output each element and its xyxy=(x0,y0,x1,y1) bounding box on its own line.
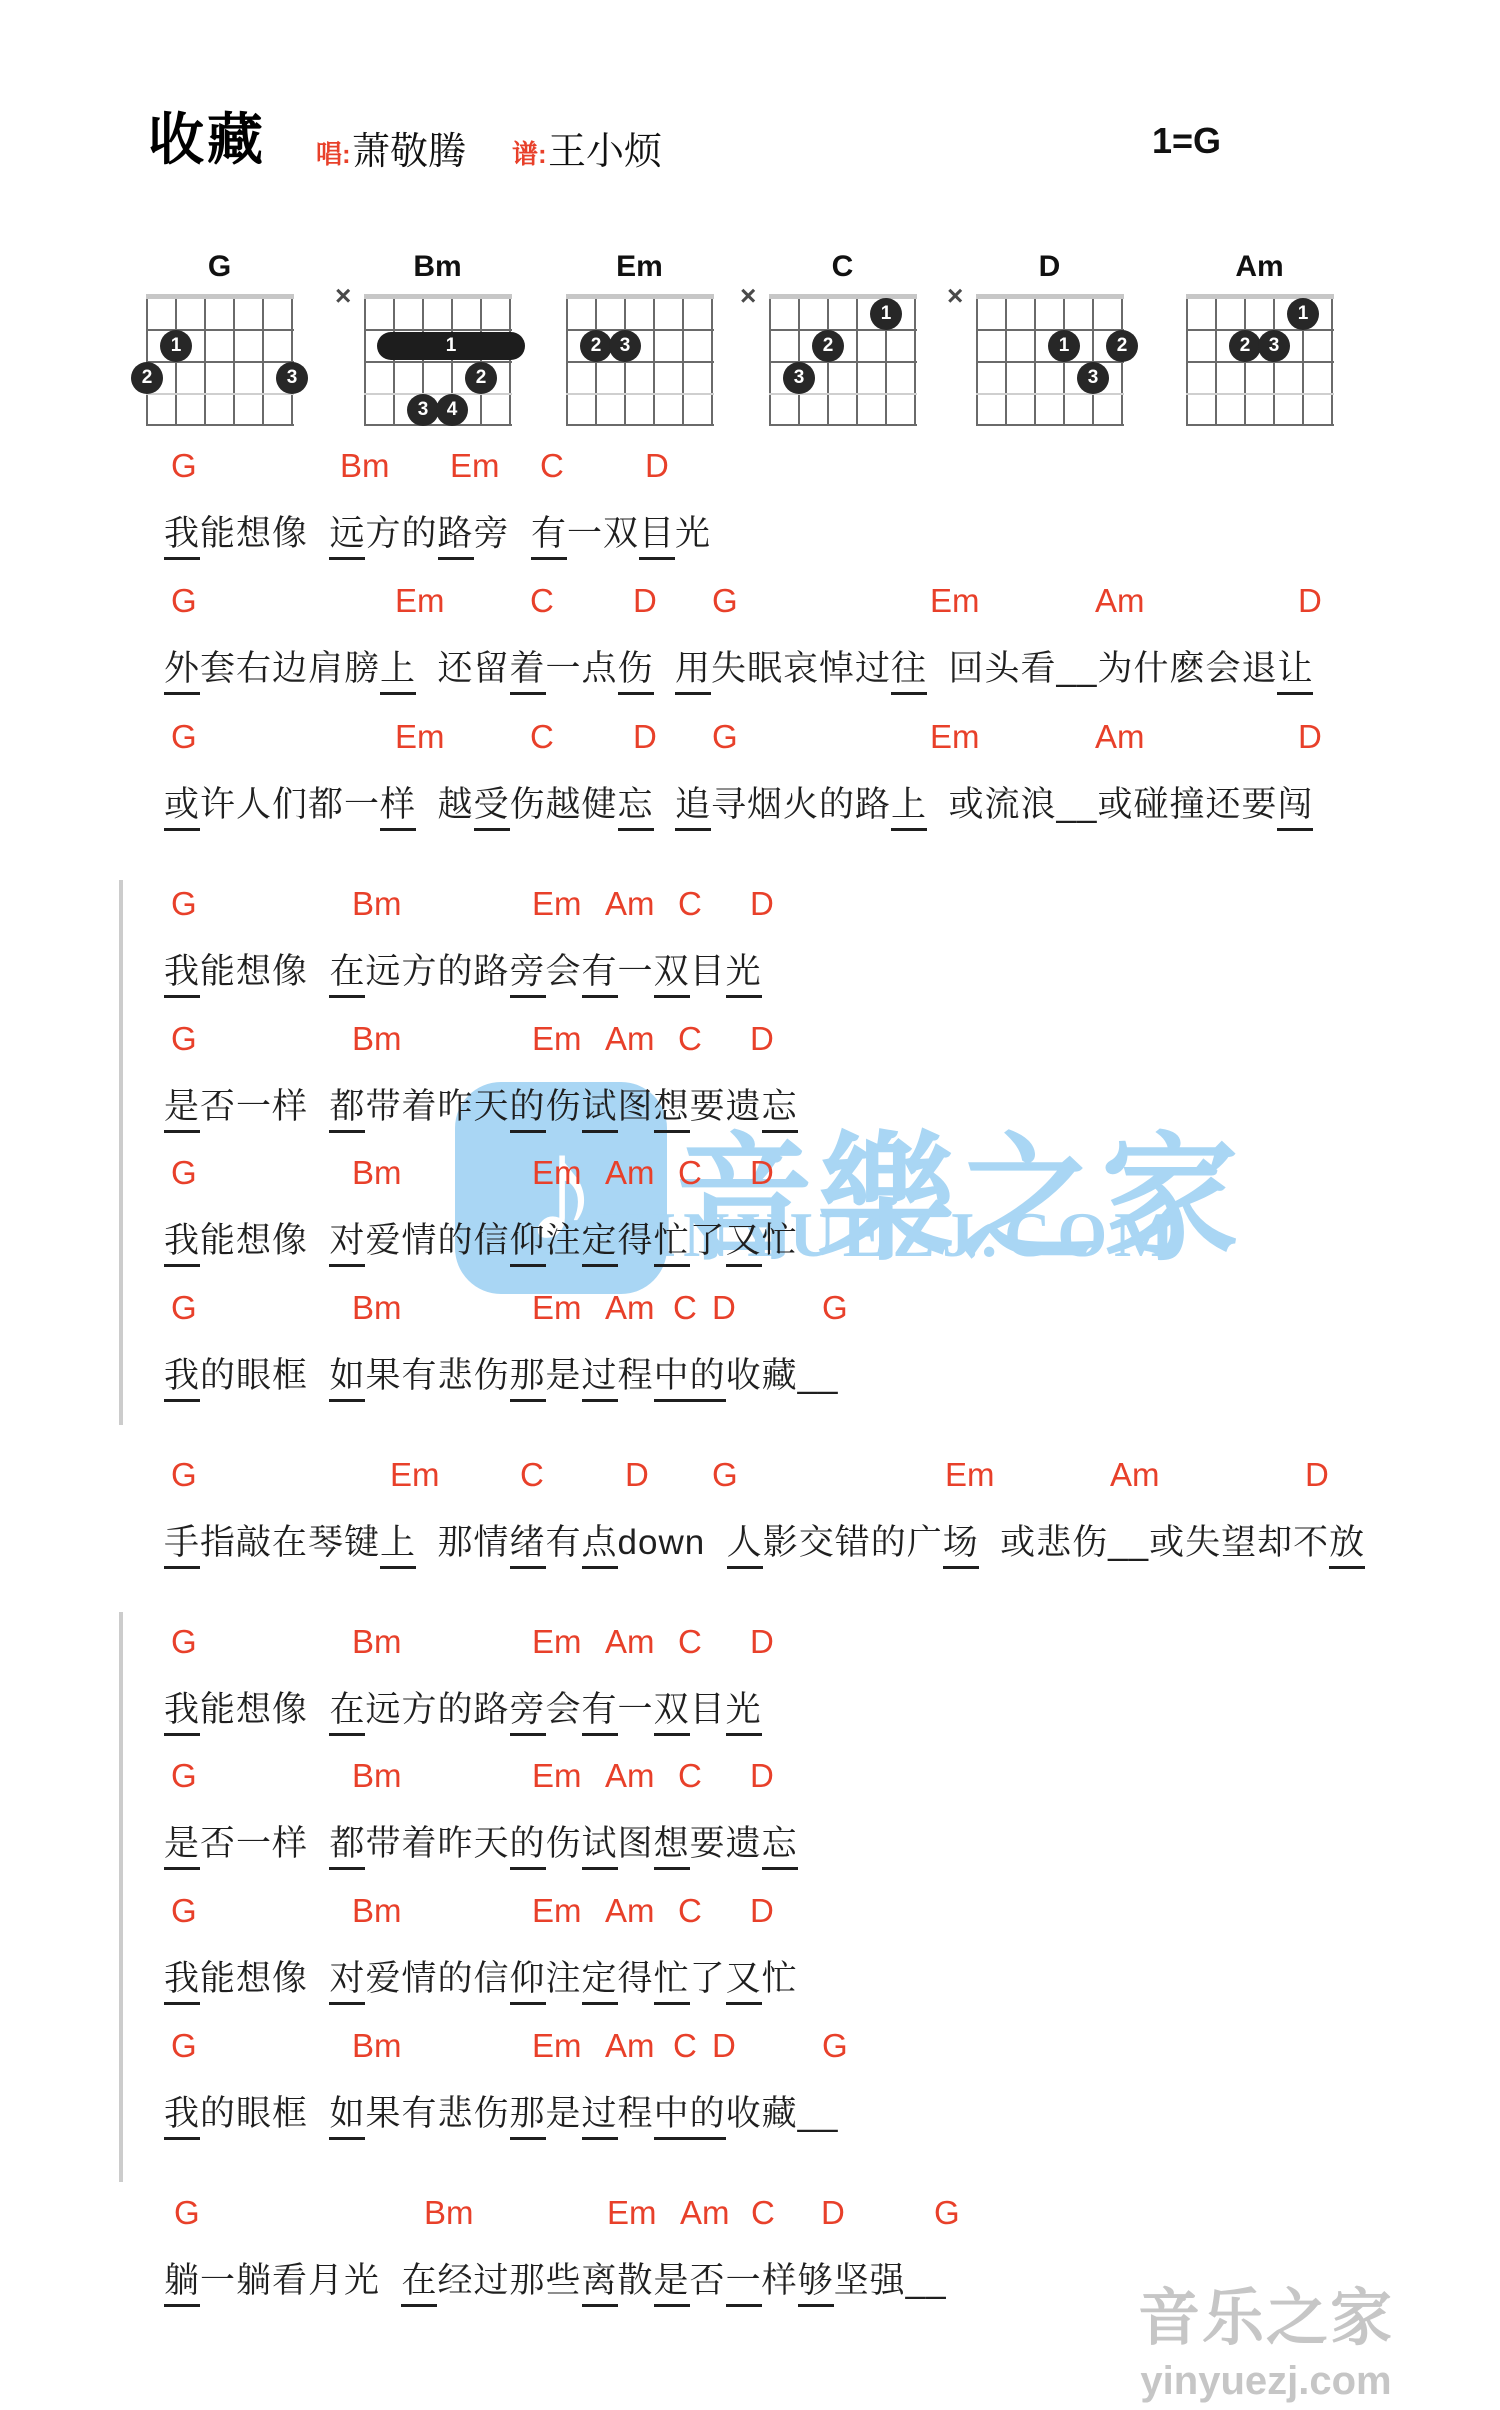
lyric-line: 是否一样 都带着昨天的伤试图想要遗忘 xyxy=(164,1816,798,1866)
lyric-segment-underlined: 是 xyxy=(164,1824,200,1870)
lyric-segment-underlined: 在 xyxy=(329,952,365,998)
lyric-segment-underlined: 有 xyxy=(582,952,618,998)
lyric-segment: 伤 xyxy=(546,1824,582,1863)
lyric-segment-underlined: 中的 xyxy=(654,1356,726,1402)
lyric-segment-underlined: 是 xyxy=(654,2261,690,2307)
chord-diagram-bm: Bm×1234 xyxy=(365,298,510,426)
chord-label: C xyxy=(540,447,564,485)
key-signature: 1=G xyxy=(1152,120,1221,162)
chord-label: Bm xyxy=(352,1289,402,1327)
fret-line xyxy=(364,424,512,426)
chord-diagram-name: Em xyxy=(557,250,722,284)
lyric-segment: 能想像 xyxy=(200,1959,329,1998)
mute-icon: × xyxy=(947,280,963,312)
finger-dot: 3 xyxy=(407,394,439,426)
lyric-segment-underlined: 离 xyxy=(582,2261,618,2307)
chord-label: D xyxy=(645,447,669,485)
lyric-segment: 回头看 xyxy=(927,649,1056,688)
lyric-segment: 了 xyxy=(690,1221,726,1260)
lyric-segment: 注 xyxy=(546,1221,582,1260)
chord-label: C xyxy=(520,1456,544,1494)
lyric-segment: 能想像 xyxy=(200,514,329,553)
chord-label: Em xyxy=(532,885,582,923)
lyric-segment-underlined: 过 xyxy=(582,2094,618,2140)
lyric-segment-underlined: 我 xyxy=(164,1221,200,1267)
lyric-segment-underlined: 光 xyxy=(726,1690,762,1736)
arranger-name: 王小烦 xyxy=(548,120,662,175)
lyric-segment: 果有悲伤 xyxy=(365,1356,509,1395)
lyric-segment-underlined: 上 xyxy=(380,649,416,695)
lyric-segment-underlined: 旁 xyxy=(510,952,546,998)
fret-line xyxy=(566,393,714,395)
lyric-segment: 收藏 xyxy=(726,1356,798,1395)
finger-dot: 2 xyxy=(465,362,497,394)
fret-line xyxy=(364,393,512,395)
fret-line xyxy=(769,424,917,426)
finger-dot: 2 xyxy=(131,362,163,394)
chord-label: Em xyxy=(607,2194,657,2232)
chord-label: C xyxy=(751,2194,775,2232)
watermark-corner: 音乐之家 yinyuezj.com xyxy=(1138,2268,1394,2404)
lyric-segment-underlined: 那 xyxy=(510,1356,546,1402)
lyric-line: 我能想像 在远方的路旁会有一双目光 xyxy=(164,944,762,994)
lyric-segment-underlined: 有 xyxy=(582,1690,618,1736)
lyric-segment-underlined: 追 xyxy=(675,785,711,831)
fret-line xyxy=(1186,361,1334,363)
lyric-segment: 否一样 xyxy=(200,1824,329,1863)
lyric-segment-underlined: 样 xyxy=(380,785,416,831)
lyric-segment-underlined: 或 xyxy=(164,785,200,831)
chord-label: D xyxy=(750,1020,774,1058)
lyric-segment-underlined: 定 xyxy=(582,1221,618,1267)
lyric-segment: __ xyxy=(1057,649,1098,688)
finger-dot: 3 xyxy=(609,330,641,362)
lyric-segment-underlined: 都 xyxy=(329,1087,365,1133)
chord-diagram-name: Am xyxy=(1177,250,1342,284)
chord-label: Bm xyxy=(340,447,390,485)
lyric-segment-underlined: 伤 xyxy=(618,649,654,695)
lyric-segment: 或悲伤 xyxy=(979,1523,1108,1562)
lyric-line: 我能想像 远方的路旁 有一双目光 xyxy=(164,506,711,556)
lyric-segment: 程 xyxy=(618,1356,654,1395)
chord-label: Em xyxy=(450,447,500,485)
chord-label: C xyxy=(678,1623,702,1661)
lyric-segment-underlined: 仰 xyxy=(510,1221,546,1267)
chord-label: Am xyxy=(605,1623,655,1661)
chord-label: D xyxy=(750,1892,774,1930)
lyric-segment-underlined: 都 xyxy=(329,1824,365,1870)
chord-label: D xyxy=(750,1154,774,1192)
lyric-segment-underlined: 中的 xyxy=(654,2094,726,2140)
fret-line xyxy=(566,424,714,426)
chord-label: Em xyxy=(930,582,980,620)
lyric-segment: 一躺看月光 xyxy=(200,2261,401,2300)
chord-label: Am xyxy=(605,1289,655,1327)
lyric-segment: 伤 xyxy=(546,1087,582,1126)
lyric-segment: 否一样 xyxy=(200,1087,329,1126)
chord-label: Bm xyxy=(352,1623,402,1661)
fret-line xyxy=(769,393,917,395)
lyric-segment-underlined: 远 xyxy=(329,514,365,560)
lyric-segment: 忙 xyxy=(762,1221,798,1260)
lyric-segment-underlined: 如 xyxy=(329,1356,365,1402)
chord-label: Em xyxy=(532,1020,582,1058)
barre-bar: 1 xyxy=(377,332,525,360)
lyric-segment: 能想像 xyxy=(200,952,329,991)
lyric-segment: 图 xyxy=(618,1087,654,1126)
lyric-segment-underlined: 一 xyxy=(726,2261,762,2307)
lyric-segment-underlined: 双 xyxy=(654,952,690,998)
lyric-segment: 一 xyxy=(618,1690,654,1729)
chord-label: Em xyxy=(532,2027,582,2065)
lyric-segment-underlined: 外 xyxy=(164,649,200,695)
section-bar xyxy=(119,1612,123,2182)
lyric-segment: 还留 xyxy=(416,649,509,688)
vocal-name: 萧敬腾 xyxy=(352,120,466,175)
lyric-line: 我的眼框 如果有悲伤那是过程中的收藏__ xyxy=(164,1348,839,1398)
lyric-segment: 爱情的信 xyxy=(365,1959,509,1998)
chord-label: Em xyxy=(390,1456,440,1494)
lyric-segment: down xyxy=(618,1523,727,1562)
lyric-line: 我能想像 对爱情的信仰注定得忙了又忙 xyxy=(164,1951,798,2001)
chord-diagram-am: Am123 xyxy=(1187,298,1332,426)
lyric-segment: 是 xyxy=(546,2094,582,2133)
lyric-segment-underlined: 旁 xyxy=(510,1690,546,1736)
lyric-segment-underlined: 受 xyxy=(474,785,510,831)
chord-label: Em xyxy=(532,1623,582,1661)
chord-label: D xyxy=(750,885,774,923)
lyric-segment: 许人们都一 xyxy=(200,785,380,824)
lyric-segment: 指敲在琴键 xyxy=(200,1523,380,1562)
lyric-segment: 的眼框 xyxy=(200,2094,329,2133)
chord-label: Bm xyxy=(352,885,402,923)
lyric-line: 躺一躺看月光 在经过那些离散是否一样够坚强__ xyxy=(164,2253,947,2303)
finger-dot: 2 xyxy=(812,330,844,362)
lyric-segment: 套右边肩膀 xyxy=(200,649,380,688)
lyric-segment-underlined: 够 xyxy=(798,2261,834,2307)
fret-line xyxy=(364,361,512,363)
lyric-segment: __ xyxy=(1057,785,1098,824)
finger-dot: 1 xyxy=(1287,298,1319,330)
chord-label: D xyxy=(1298,718,1322,756)
lyric-segment-underlined: 过 xyxy=(582,1356,618,1402)
chord-label: G xyxy=(171,1456,197,1494)
chord-label: G xyxy=(171,1892,197,1930)
fret-line xyxy=(1186,424,1334,426)
lyric-segment: 会 xyxy=(546,952,582,991)
chord-label: G xyxy=(171,1020,197,1058)
lyric-segment-underlined: 忘 xyxy=(762,1824,798,1870)
nut-line xyxy=(146,294,294,299)
lyric-segment-underlined: 我 xyxy=(164,1356,200,1402)
chord-diagram-name: Bm xyxy=(355,250,520,284)
lyric-segment: 远方的路 xyxy=(365,1690,509,1729)
lyric-segment-underlined: 仰 xyxy=(510,1959,546,2005)
fret-line xyxy=(146,361,294,363)
chord-label: G xyxy=(712,582,738,620)
lyric-segment: 失眠哀悼过 xyxy=(711,649,891,688)
chord-label: D xyxy=(625,1456,649,1494)
chord-label: Am xyxy=(605,2027,655,2065)
lyric-segment-underlined: 在 xyxy=(401,2261,437,2307)
lyric-segment-underlined: 双 xyxy=(654,1690,690,1736)
lyric-segment-underlined: 点 xyxy=(582,1523,618,1569)
vocal-label: 唱: xyxy=(316,134,351,171)
lyric-line: 手指敲在琴键上 那情绪有点down 人影交错的广场 或悲伤__或失望却不放 xyxy=(164,1515,1365,1565)
finger-dot: 1 xyxy=(1048,330,1080,362)
chord-sheet-page: 收藏 唱: 萧敬腾 谱: 王小烦 1=G ♪ 音樂之家 YINYUEZJ.COM… xyxy=(0,0,1500,2410)
chord-label: Bm xyxy=(352,1757,402,1795)
lyric-segment-underlined: 让 xyxy=(1277,649,1313,695)
chord-label: C xyxy=(678,1892,702,1930)
lyric-segment-underlined: 忘 xyxy=(762,1087,798,1133)
chord-label: G xyxy=(171,447,197,485)
chord-label: C xyxy=(678,1020,702,1058)
lyric-segment: 一点 xyxy=(546,649,618,688)
lyric-segment-underlined: 的 xyxy=(510,1087,546,1133)
lyric-segment: 爱情的信 xyxy=(365,1221,509,1260)
lyric-segment: 或碰撞还要 xyxy=(1097,785,1277,824)
chord-diagram-name: C xyxy=(760,250,925,284)
lyric-segment: 有 xyxy=(546,1523,582,1562)
chord-label: Em xyxy=(532,1892,582,1930)
lyric-segment: 的眼框 xyxy=(200,1356,329,1395)
chord-label: Am xyxy=(680,2194,730,2232)
lyric-segment-underlined: 又 xyxy=(726,1221,762,1267)
fret-line xyxy=(976,393,1124,395)
chord-label: Am xyxy=(1110,1456,1160,1494)
nut-line xyxy=(1186,294,1334,299)
nut-line xyxy=(769,294,917,299)
fret-line xyxy=(146,424,294,426)
lyric-segment: 经过那些 xyxy=(437,2261,581,2300)
chord-label: G xyxy=(171,1289,197,1327)
lyric-segment-underlined: 绪 xyxy=(510,1523,546,1569)
lyric-segment: 样 xyxy=(762,2261,798,2300)
chord-label: G xyxy=(171,1757,197,1795)
lyric-segment-underlined: 用 xyxy=(675,649,711,695)
lyric-segment: 寻烟火的路 xyxy=(711,785,891,824)
chord-label: G xyxy=(822,1289,848,1327)
fret-line xyxy=(146,393,294,395)
chord-label: Bm xyxy=(352,1892,402,1930)
lyric-segment: 方的 xyxy=(365,514,437,553)
lyric-segment: 否 xyxy=(690,2261,726,2300)
lyric-segment xyxy=(654,649,675,688)
chord-label: C xyxy=(530,718,554,756)
chord-diagram-em: Em23 xyxy=(567,298,712,426)
lyric-segment-underlined: 对 xyxy=(329,1959,365,2005)
lyric-segment-underlined: 我 xyxy=(164,1959,200,2005)
fret-line xyxy=(976,424,1124,426)
chord-label: D xyxy=(633,582,657,620)
chord-label: Bm xyxy=(352,1020,402,1058)
chord-label: D xyxy=(712,1289,736,1327)
chord-label: Am xyxy=(1095,582,1145,620)
lyric-segment-underlined: 忘 xyxy=(618,785,654,831)
lyric-segment-underlined: 对 xyxy=(329,1221,365,1267)
lyric-segment: __ xyxy=(906,2261,947,2300)
lyric-segment-underlined: 想 xyxy=(654,1087,690,1133)
lyric-line: 我能想像 在远方的路旁会有一双目光 xyxy=(164,1682,762,1732)
fret-line xyxy=(976,361,1124,363)
lyric-segment: 忙 xyxy=(762,1959,798,1998)
lyric-segment: 一双 xyxy=(567,514,639,553)
lyric-segment-underlined: 想 xyxy=(654,1824,690,1870)
chord-label: Em xyxy=(532,1154,582,1192)
lyric-segment: 要遗 xyxy=(690,1824,762,1863)
lyric-segment-underlined: 我 xyxy=(164,952,200,998)
lyric-segment-underlined: 又 xyxy=(726,1959,762,2005)
chord-label: Am xyxy=(1095,718,1145,756)
finger-dot: 1 xyxy=(160,330,192,362)
chord-label: G xyxy=(712,1456,738,1494)
lyric-segment: 图 xyxy=(618,1824,654,1863)
finger-dot: 3 xyxy=(1258,330,1290,362)
lyric-segment-underlined: 我 xyxy=(164,514,200,560)
finger-dot: 3 xyxy=(783,362,815,394)
lyric-segment: 旁 xyxy=(474,514,531,553)
chord-label: G xyxy=(934,2194,960,2232)
chord-label: Em xyxy=(945,1456,995,1494)
lyric-segment-underlined: 手 xyxy=(164,1523,200,1569)
chord-diagram-name: D xyxy=(967,250,1132,284)
finger-dot: 2 xyxy=(580,330,612,362)
lyric-segment: 那情 xyxy=(416,1523,509,1562)
lyric-segment: 目 xyxy=(690,1690,726,1729)
lyric-segment: 为什麽会退 xyxy=(1097,649,1277,688)
lyric-segment: 注 xyxy=(546,1959,582,1998)
lyric-segment: 了 xyxy=(690,1959,726,1998)
lyric-segment: 带着昨天 xyxy=(365,1824,509,1863)
chord-diagram-d: D×123 xyxy=(977,298,1122,426)
lyric-segment: 收藏 xyxy=(726,2094,798,2133)
fret-line xyxy=(1186,393,1334,395)
chord-label: Bm xyxy=(352,1154,402,1192)
chord-label: D xyxy=(1298,582,1322,620)
lyric-segment-underlined: 目 xyxy=(639,514,675,560)
lyric-segment: 远方的路 xyxy=(365,952,509,991)
lyric-segment-underlined: 那 xyxy=(510,2094,546,2140)
mute-icon: × xyxy=(740,280,756,312)
arranger-label: 谱: xyxy=(512,134,547,171)
nut-line xyxy=(566,294,714,299)
watermark-corner-brand: 音乐之家 xyxy=(1138,2268,1394,2357)
lyric-segment: 果有悲伤 xyxy=(365,2094,509,2133)
lyric-segment-underlined: 上 xyxy=(891,785,927,831)
lyric-segment: 是 xyxy=(546,1356,582,1395)
lyric-segment-underlined: 我 xyxy=(164,1690,200,1736)
chord-label: Am xyxy=(605,1757,655,1795)
chord-label: Em xyxy=(532,1757,582,1795)
lyric-segment: __ xyxy=(798,2094,839,2133)
fret-line xyxy=(976,329,1124,331)
chord-label: Am xyxy=(605,1892,655,1930)
chord-label: D xyxy=(750,1623,774,1661)
chord-label: G xyxy=(171,718,197,756)
lyric-segment: 坚强 xyxy=(834,2261,906,2300)
finger-dot: 2 xyxy=(1229,330,1261,362)
lyric-line: 外套右边肩膀上 还留着一点伤 用失眠哀悼过往 回头看__为什麽会退让 xyxy=(164,641,1313,691)
lyric-segment-underlined: 着 xyxy=(510,649,546,695)
chord-label: Am xyxy=(605,1154,655,1192)
fret-line xyxy=(769,329,917,331)
lyric-segment: __ xyxy=(1108,1523,1149,1562)
lyric-segment: 带着昨天 xyxy=(365,1087,509,1126)
lyric-segment: 会 xyxy=(546,1690,582,1729)
chord-label: G xyxy=(171,2027,197,2065)
lyric-segment-underlined: 试 xyxy=(582,1087,618,1133)
lyric-segment-underlined: 场 xyxy=(943,1523,979,1569)
lyric-segment-underlined: 忙 xyxy=(654,1221,690,1267)
lyric-segment-underlined: 路 xyxy=(438,514,474,560)
lyric-segment: 一 xyxy=(618,952,654,991)
nut-line xyxy=(976,294,1124,299)
lyric-segment-underlined: 在 xyxy=(329,1690,365,1736)
chord-label: D xyxy=(633,718,657,756)
lyric-segment: 能想像 xyxy=(200,1690,329,1729)
chord-label: Em xyxy=(532,1289,582,1327)
lyric-segment: __ xyxy=(798,1356,839,1395)
chord-diagram-name: G xyxy=(137,250,302,284)
lyric-segment: 越 xyxy=(416,785,473,824)
lyric-segment-underlined: 如 xyxy=(329,2094,365,2140)
lyric-segment-underlined: 闯 xyxy=(1277,785,1313,831)
fret-line xyxy=(364,329,512,331)
lyric-segment-underlined: 有 xyxy=(531,514,567,560)
lyric-segment: 或失望却不 xyxy=(1149,1523,1329,1562)
lyric-segment: 得 xyxy=(618,1221,654,1260)
lyric-segment-underlined: 放 xyxy=(1329,1523,1365,1569)
chord-label: C xyxy=(530,582,554,620)
lyric-segment: 或流浪 xyxy=(927,785,1056,824)
lyric-segment: 目 xyxy=(690,952,726,991)
lyric-segment-underlined: 忙 xyxy=(654,1959,690,2005)
lyric-line: 我能想像 对爱情的信仰注定得忙了又忙 xyxy=(164,1213,798,1263)
chord-diagram-g: G123 xyxy=(147,298,292,426)
chord-label: G xyxy=(174,2194,200,2232)
finger-dot: 3 xyxy=(1077,362,1109,394)
chord-label: C xyxy=(678,1154,702,1192)
lyric-line: 我的眼框 如果有悲伤那是过程中的收藏__ xyxy=(164,2086,839,2136)
lyric-segment: 光 xyxy=(675,514,711,553)
lyric-segment-underlined: 是 xyxy=(164,1087,200,1133)
fret-line xyxy=(566,361,714,363)
watermark-corner-site: yinyuezj.com xyxy=(1138,2359,1394,2404)
chord-label: Am xyxy=(605,885,655,923)
lyric-line: 或许人们都一样 越受伤越健忘 追寻烟火的路上 或流浪__或碰撞还要闯 xyxy=(164,777,1313,827)
lyric-segment: 得 xyxy=(618,1959,654,1998)
lyric-segment-underlined: 光 xyxy=(726,952,762,998)
lyric-segment xyxy=(654,785,675,824)
chord-label: G xyxy=(822,2027,848,2065)
chord-label: C xyxy=(678,1757,702,1795)
chord-label: D xyxy=(750,1757,774,1795)
lyric-segment: 程 xyxy=(618,2094,654,2133)
nut-line xyxy=(364,294,512,299)
lyric-segment-underlined: 试 xyxy=(582,1824,618,1870)
finger-dot: 2 xyxy=(1106,330,1138,362)
lyric-segment-underlined: 我 xyxy=(164,2094,200,2140)
page-title: 收藏 xyxy=(148,96,266,176)
finger-dot: 4 xyxy=(436,394,468,426)
chord-label: C xyxy=(673,1289,697,1327)
lyric-segment-underlined: 定 xyxy=(582,1959,618,2005)
chord-label: Em xyxy=(395,582,445,620)
lyric-segment-underlined: 人 xyxy=(727,1523,763,1569)
lyric-segment-underlined: 上 xyxy=(380,1523,416,1569)
chord-label: Bm xyxy=(424,2194,474,2232)
